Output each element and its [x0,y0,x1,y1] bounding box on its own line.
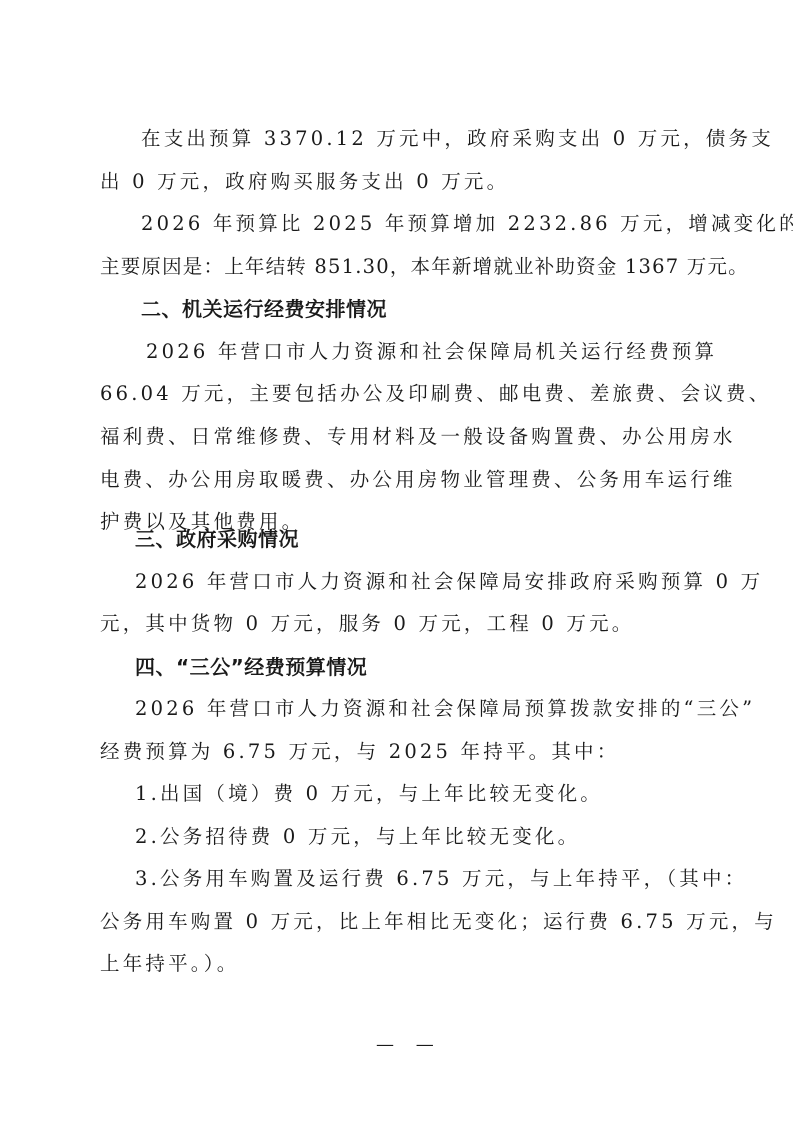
paragraph-procurement-line-2: 元，其中货物 0 万元，服务 0 万元，工程 0 万元。 [100,612,635,636]
paragraph-operating-line-3: 福利费、日常维修费、专用材料及一般设备购置费、办公用房水 [100,425,736,449]
paragraph-expenditure-line-2: 出 0 万元，政府购买服务支出 0 万元。 [100,170,509,194]
section-heading-3: 三、政府采购情况 [135,527,299,551]
section-heading-4: 四、“三公”经费预算情况 [135,655,367,679]
paragraph-three-public-line-2: 经费预算为 6.75 万元，与 2025 年持平。其中： [100,740,619,764]
item-overseas-expense: 1.出国（境）费 0 万元，与上年比较无变化。 [135,782,603,806]
paragraph-operating-line-2: 66.04 万元，主要包括办公及印刷费、邮电费、差旅费、会议费、 [100,382,771,406]
page-number: — — [376,1034,442,1055]
paragraph-budget-change-line-1: 2026 年预算比 2025 年预算增加 2232.86 万元，增减变化的 [141,212,793,236]
paragraph-operating-line-1: 2026 年营口市人力资源和社会保障局机关运行经费预算 [146,340,717,364]
item-vehicle-expense-line-3: 上年持平。）。 [100,952,239,976]
paragraph-procurement-line-1: 2026 年营口市人力资源和社会保障局安排政府采购预算 0 万 [135,570,763,594]
paragraph-budget-change-line-2: 主要原因是：上年结转 851.30，本年新增就业补助资金 1367 万元。 [100,255,749,279]
item-vehicle-expense-line-1: 3.公务用车购置及运行费 6.75 万元，与上年持平，（其中： [135,867,747,891]
paragraph-expenditure-line-1: 在支出预算 3370.12 万元中，政府采购支出 0 万元，债务支 [141,127,774,151]
item-reception-expense: 2.公务招待费 0 万元，与上年比较无变化。 [135,825,580,849]
section-heading-2: 二、机关运行经费安排情况 [141,297,387,321]
paragraph-three-public-line-1: 2026 年营口市人力资源和社会保障局预算拨款安排的“三公” [135,697,755,721]
document-page: 在支出预算 3370.12 万元中，政府采购支出 0 万元，债务支 出 0 万元… [0,0,793,1122]
item-vehicle-expense-line-2: 公务用车购置 0 万元，比上年相比无变化；运行费 6.75 万元，与 [100,910,777,934]
paragraph-operating-line-4: 电费、办公用房取暖费、办公用房物业管理费、公务用车运行维 [100,468,736,492]
